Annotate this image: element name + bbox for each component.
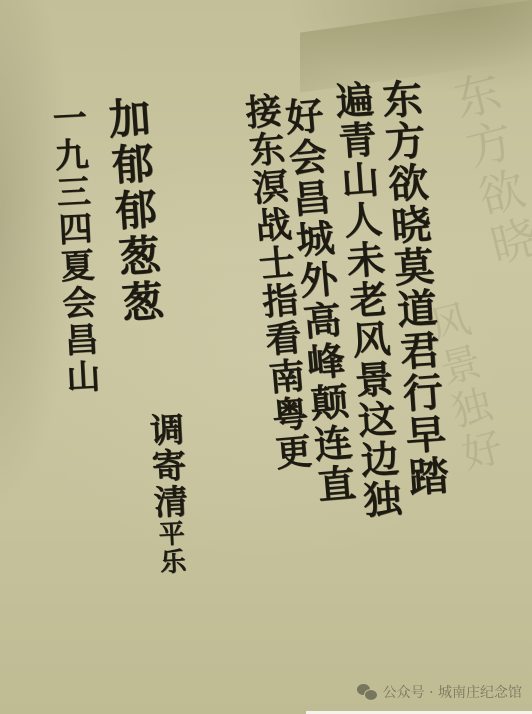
wechat-icon [357, 684, 377, 700]
calligraphy-signature: 调寄清平乐 [146, 411, 189, 577]
signature-small: 平乐 [153, 519, 186, 576]
book-page-photo: 东方欲晓 风景独好 东方欲晓莫道君行早踏 遍青山人未老风景这边独 好会昌城外高峰… [0, 0, 532, 714]
bleed-through-text: 东方欲晓 [437, 65, 532, 275]
signature-main: 调寄清 [143, 411, 189, 521]
calligraphy-column-5: 加郁郁葱葱 [104, 95, 162, 327]
wechat-watermark: 公众号 · 城南庄纪念馆 [357, 682, 522, 702]
watermark-label: 公众号 · 城南庄纪念馆 [383, 682, 522, 702]
calligraphy-date-place: 一九三四夏会昌山 [48, 99, 97, 396]
